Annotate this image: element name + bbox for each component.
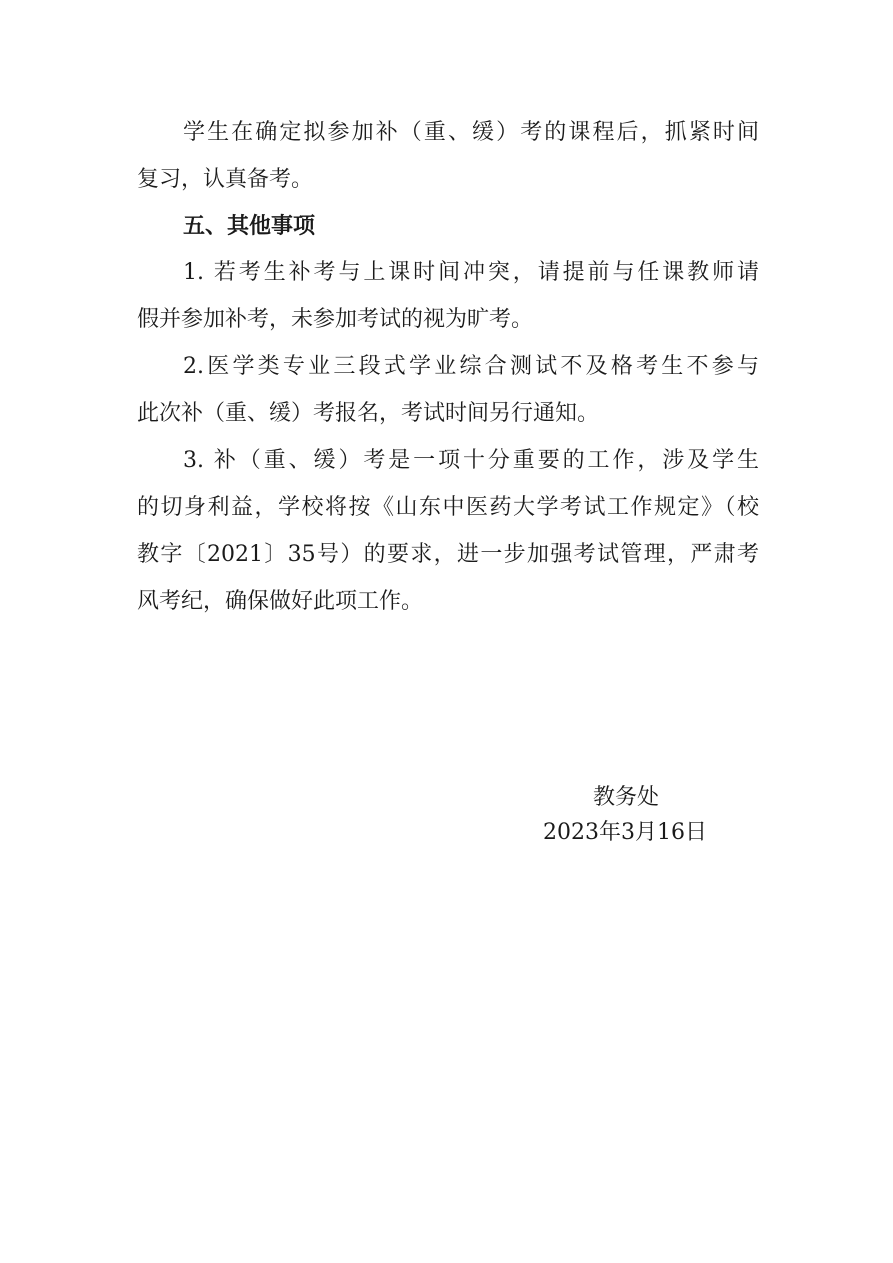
paragraph-intro-line-2: 复习，认真备考。 — [137, 165, 759, 195]
paragraph-intro-line-1: 学生在确定拟参加补（重、缓）考的课程后，抓紧时间 — [183, 118, 759, 148]
item1-line-2: 假并参加补考，未参加考试的视为旷考。 — [137, 305, 759, 335]
item3-line-1: 3. 补（重、缓）考是一项十分重要的工作，涉及学生 — [183, 446, 759, 476]
item3-line-3: 教字〔2021〕35号）的要求，进一步加强考试管理，严肃考 — [137, 540, 759, 570]
item1-line-1: 1. 若考生补考与上课时间冲突，请提前与任课教师请 — [183, 258, 759, 288]
signature-issuer: 教务处 — [593, 783, 659, 813]
signature-date: 2023年3月16日 — [543, 818, 707, 848]
item3-line-4: 风考纪，确保做好此项工作。 — [137, 587, 759, 617]
section-heading: 五、其他事项 — [183, 212, 759, 242]
item2-line-2: 此次补（重、缓）考报名，考试时间另行通知。 — [137, 399, 759, 429]
item2-line-1: 2.医学类专业三段式学业综合测试不及格考生不参与 — [183, 352, 759, 382]
item3-line-2: 的切身利益，学校将按《山东中医药大学考试工作规定》（校 — [137, 493, 759, 523]
